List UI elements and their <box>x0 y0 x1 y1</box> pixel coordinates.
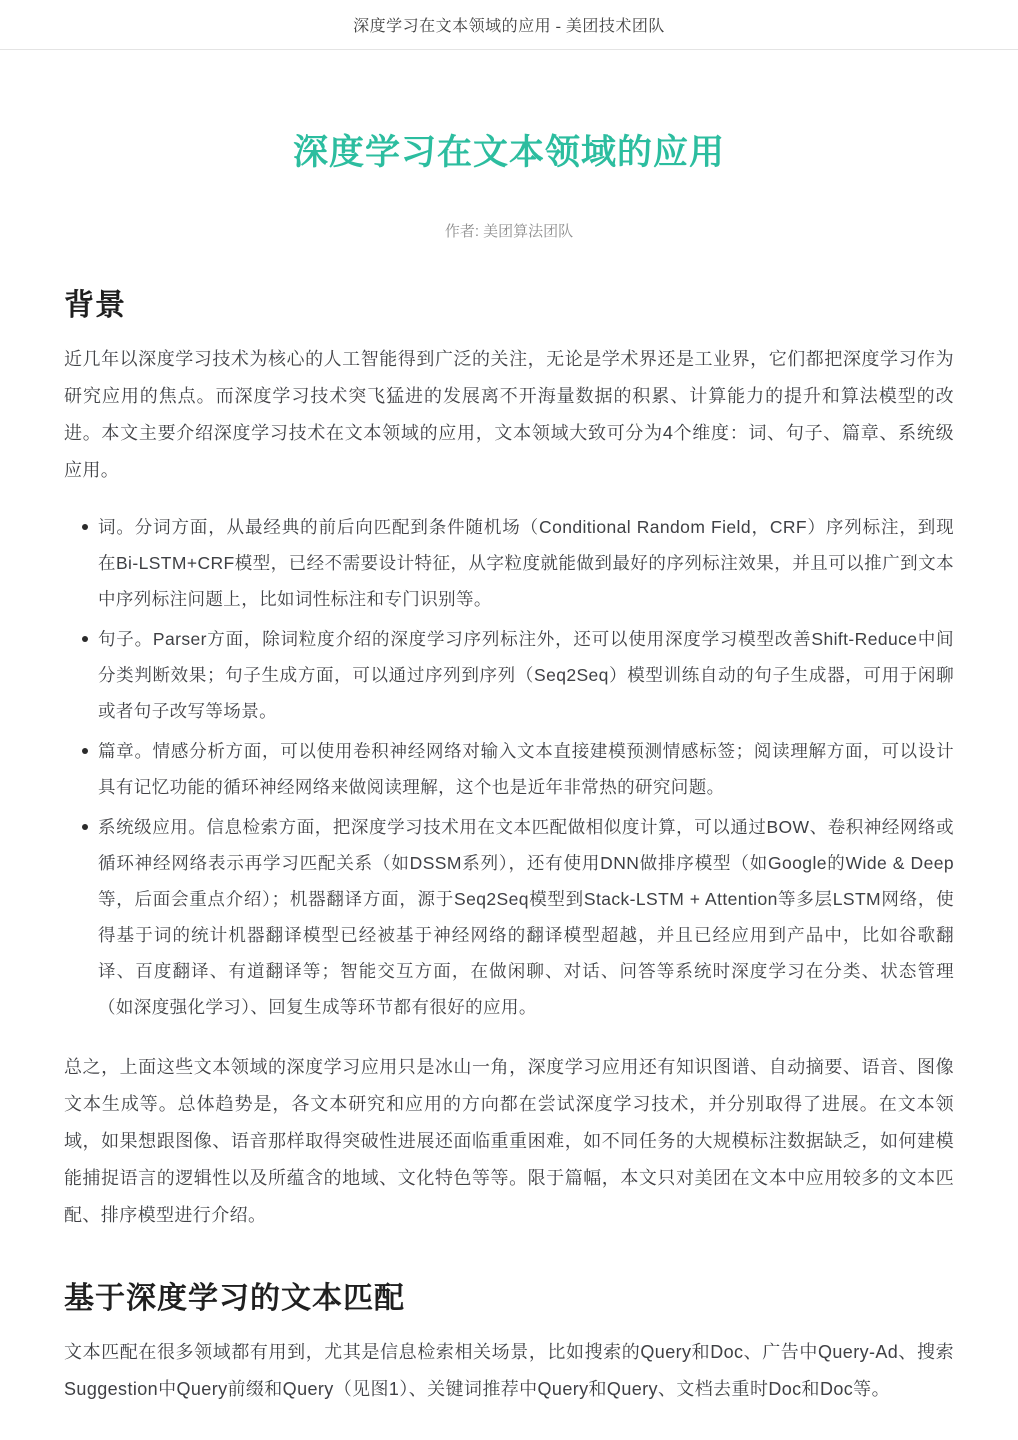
section-heading-text-matching: 基于深度学习的文本匹配 <box>64 1280 954 1318</box>
text-matching-intro-paragraph: 文本匹配在很多领域都有用到，尤其是信息检索相关场景，比如搜索的Query和Doc… <box>64 1334 954 1408</box>
list-item-text: 句子。Parser方面，除词粒度介绍的深度学习序列标注外，还可以使用深度学习模型… <box>98 629 954 721</box>
list-item-system-level: 系统级应用。信息检索方面，把深度学习技术用在文本匹配做相似度计算，可以通过BOW… <box>84 809 954 1025</box>
bullet-dot-icon <box>82 524 88 530</box>
list-item-word: 词。分词方面，从最经典的前后向匹配到条件随机场（Conditional Rand… <box>84 509 954 617</box>
article-byline: 作者: 美团算法团队 <box>64 220 954 241</box>
print-header-bar: 深度学习在文本领域的应用 - 美团技术团队 <box>0 0 1018 50</box>
list-item-sentence: 句子。Parser方面，除词粒度介绍的深度学习序列标注外，还可以使用深度学习模型… <box>84 621 954 729</box>
bullet-dot-icon <box>82 748 88 754</box>
list-item-text: 系统级应用。信息检索方面，把深度学习技术用在文本匹配做相似度计算，可以通过BOW… <box>98 817 954 1017</box>
article-title: 深度学习在文本领域的应用 <box>64 132 954 174</box>
bullet-dot-icon <box>82 636 88 642</box>
list-item-text: 词。分词方面，从最经典的前后向匹配到条件随机场（Conditional Rand… <box>98 517 954 609</box>
section-heading-background: 背景 <box>64 287 954 325</box>
list-item-passage: 篇章。情感分析方面，可以使用卷积神经网络对输入文本直接建模预测情感标签；阅读理解… <box>84 733 954 805</box>
bullet-dot-icon <box>82 824 88 830</box>
background-summary-paragraph: 总之，上面这些文本领域的深度学习应用只是冰山一角，深度学习应用还有知识图谱、自动… <box>64 1049 954 1234</box>
background-intro-paragraph: 近几年以深度学习技术为核心的人工智能得到广泛的关注，无论是学术界还是工业界，它们… <box>64 341 954 489</box>
print-header-title: 深度学习在文本领域的应用 - 美团技术团队 <box>353 13 665 36</box>
list-item-text: 篇章。情感分析方面，可以使用卷积神经网络对输入文本直接建模预测情感标签；阅读理解… <box>98 741 954 797</box>
article-content: 深度学习在文本领域的应用 作者: 美团算法团队 背景 近几年以深度学习技术为核心… <box>0 132 1018 1408</box>
article-page: 深度学习在文本领域的应用 - 美团技术团队 深度学习在文本领域的应用 作者: 美… <box>0 0 1018 1440</box>
background-bullet-list: 词。分词方面，从最经典的前后向匹配到条件随机场（Conditional Rand… <box>64 509 954 1025</box>
